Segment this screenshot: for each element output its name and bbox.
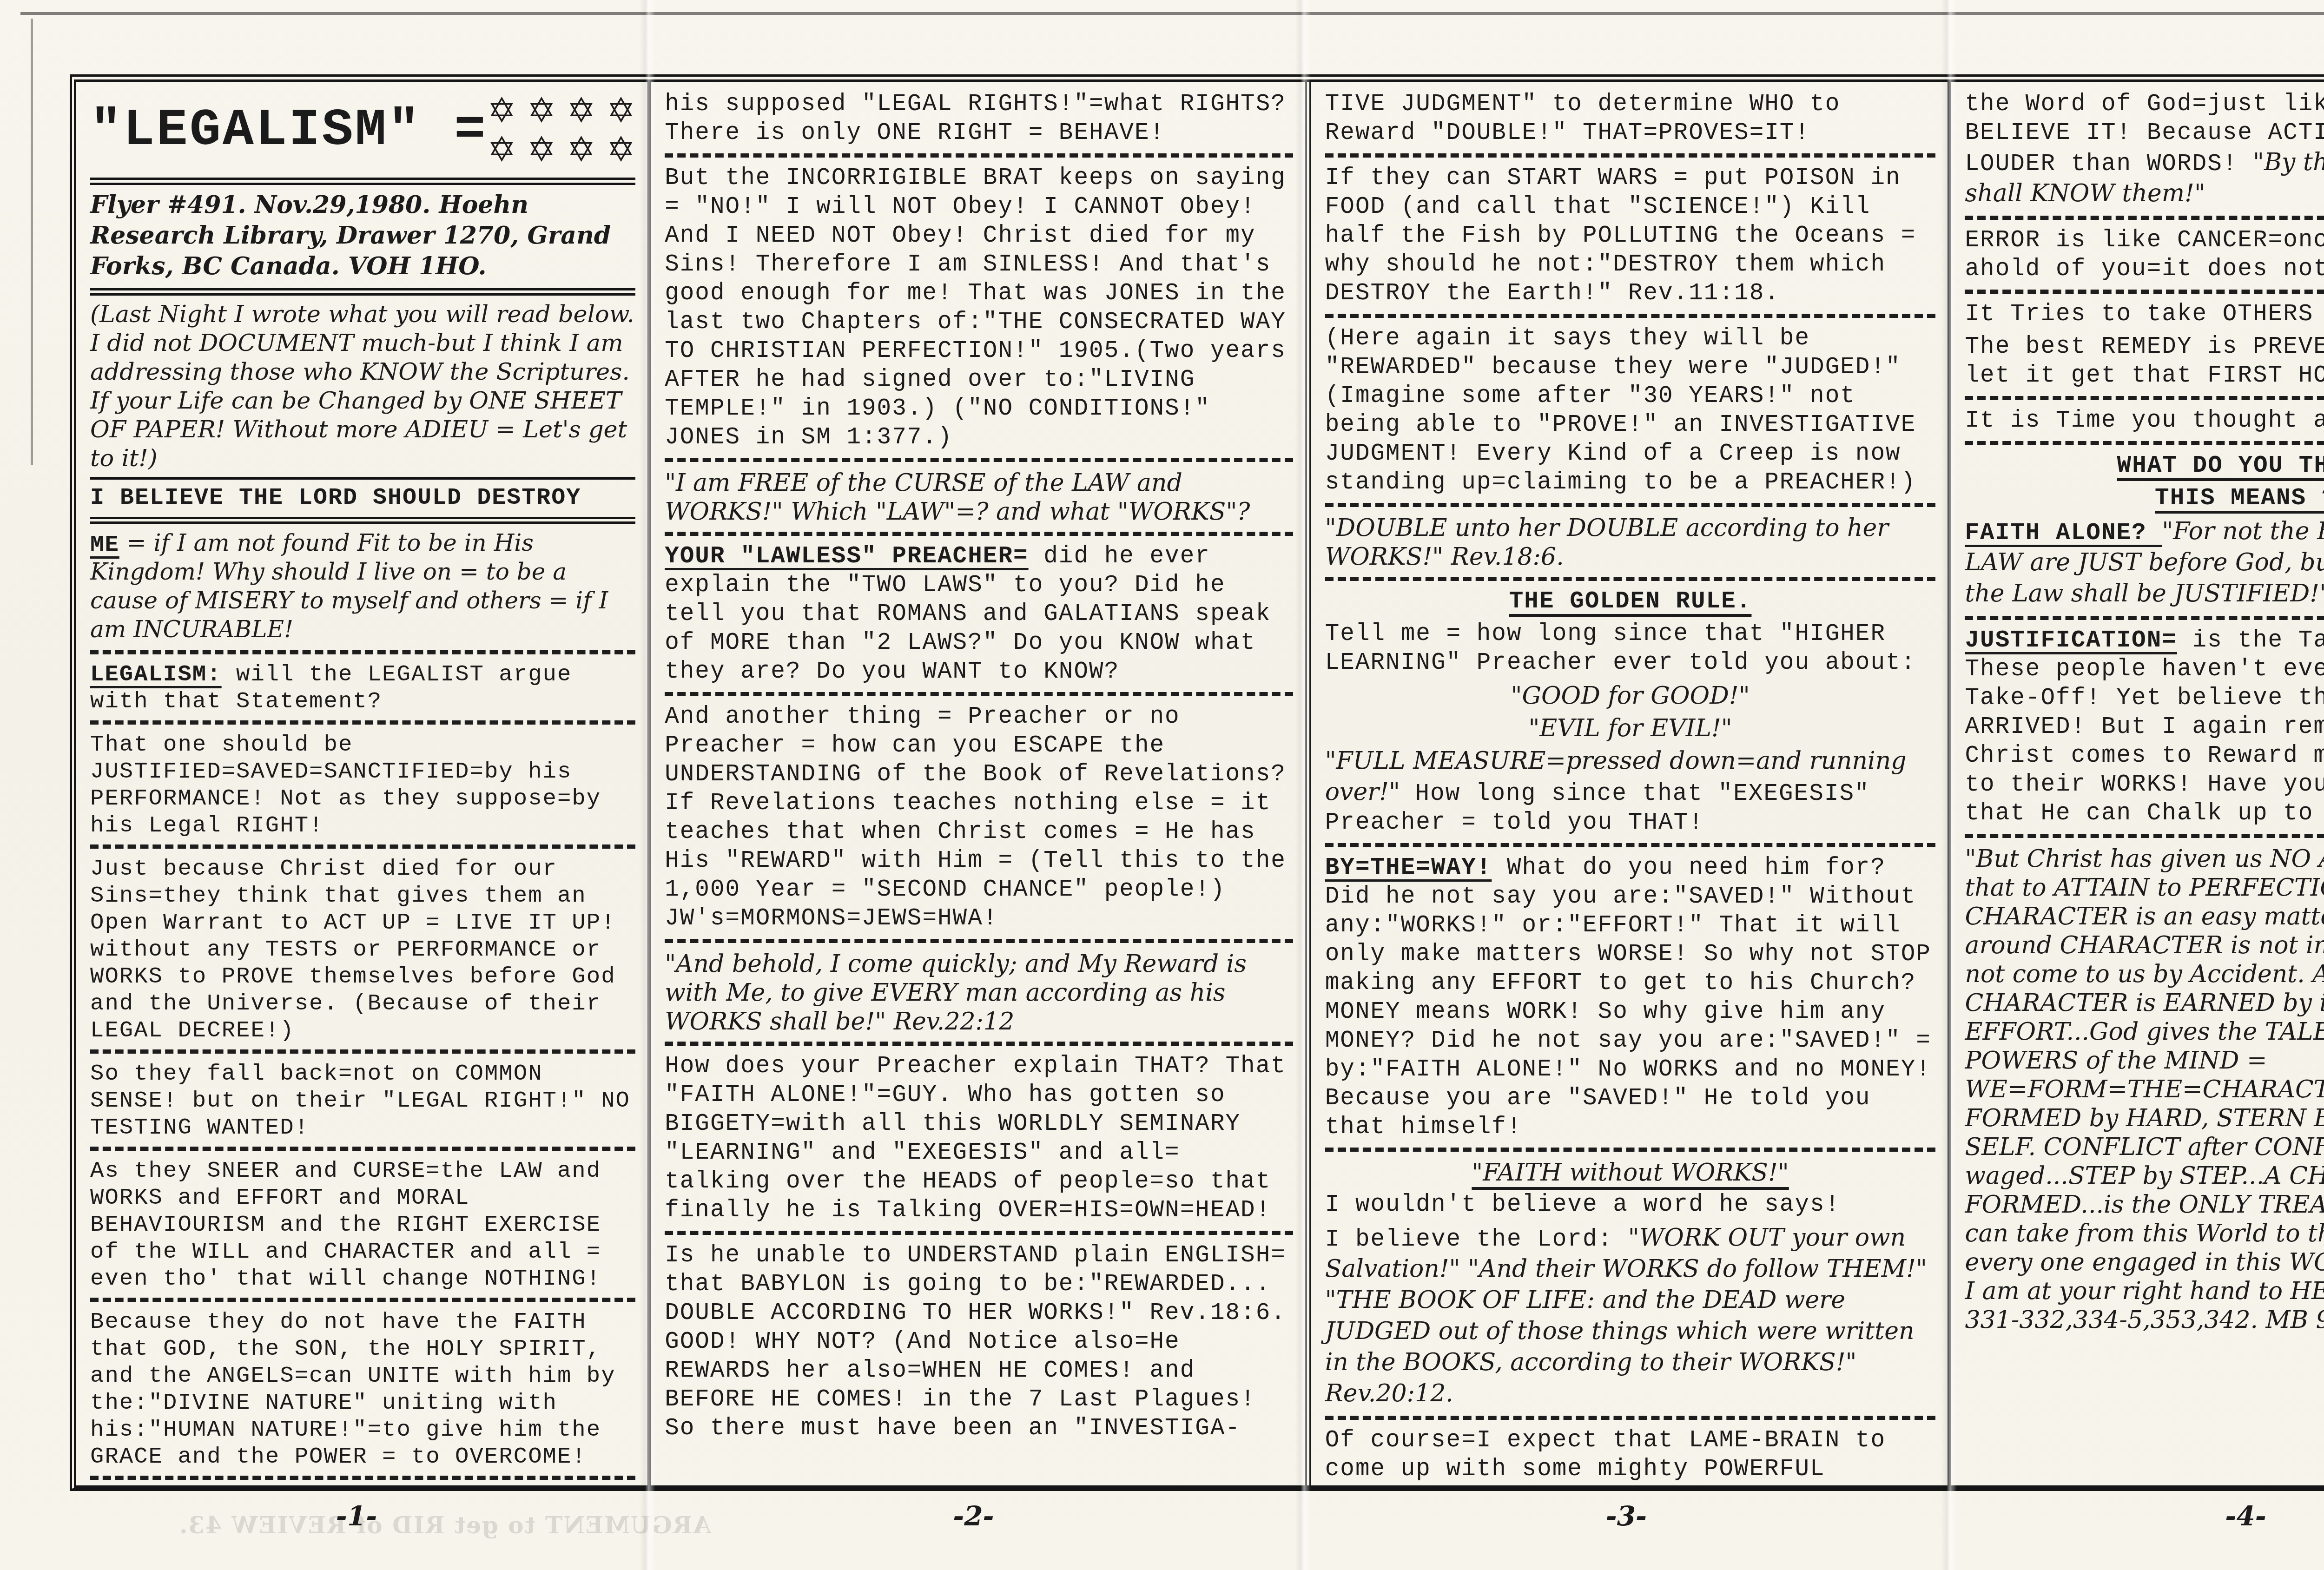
masthead-address: Flyer #491. Nov.29,1980. Hoehn Research … bbox=[90, 185, 635, 296]
paragraph: Is he unable to UNDERSTAND plain ENGLISH… bbox=[665, 1240, 1293, 1445]
paragraph: As they SNEER and CURSE=the LAW and WORK… bbox=[90, 1155, 635, 1294]
dashed-divider bbox=[1965, 616, 2324, 620]
column-1: "LEGALISM" = ✡ ✡ ✡ ✡ ✡ ✡ ✡ ✡ Flyer #491.… bbox=[76, 82, 647, 1485]
paragraph-lead: FAITH ALONE? bbox=[1965, 520, 2162, 547]
scripture-quote: "DOUBLE unto her DOUBLE according to her… bbox=[1325, 512, 1936, 573]
flyer-frame: "LEGALISM" = ✡ ✡ ✡ ✡ ✡ ✡ ✡ ✡ Flyer #491.… bbox=[70, 74, 2324, 1491]
page-number-4: -4- bbox=[1949, 1500, 2324, 1532]
quote-paragraph: "I am FREE of the CURSE of the LAW and W… bbox=[665, 467, 1293, 528]
dashed-divider bbox=[1965, 216, 2324, 220]
paragraph: So they fall back=not on COMMON SENSE! b… bbox=[90, 1058, 635, 1143]
paragraph: YOUR "LAWLESS" PREACHER= did he ever exp… bbox=[665, 541, 1293, 688]
masthead: "LEGALISM" = ✡ ✡ ✡ ✡ ✡ ✡ ✡ ✡ bbox=[90, 88, 635, 185]
paragraph: TIVE JUDGMENT" to determine WHO to Rewar… bbox=[1325, 88, 1936, 150]
column-3: TIVE JUDGMENT" to determine WHO to Rewar… bbox=[1305, 82, 1948, 1485]
paragraph: It Tries to take OTHERS with it! bbox=[1965, 298, 2324, 331]
paragraph: ME = if I am not found Fit to be in His … bbox=[90, 528, 635, 646]
dashed-divider bbox=[1965, 834, 2324, 838]
dashed-divider bbox=[1325, 577, 1936, 581]
dashed-divider bbox=[90, 1147, 635, 1151]
paragraph-lead: JUSTIFICATION= bbox=[1965, 627, 2177, 654]
paragraph: (Here again it says they will be "REWARD… bbox=[1325, 323, 1936, 499]
show-through-ghost-text: ARGUMENT to get RID of REVIEW 43. bbox=[116, 1511, 711, 1539]
dashed-divider bbox=[1325, 314, 1936, 318]
paragraph: And another thing = Preacher or no Preac… bbox=[665, 701, 1293, 935]
page-number-2: -2- bbox=[643, 1500, 1303, 1532]
paragraph: JUSTIFICATION= is the Take-off Point. Th… bbox=[1965, 625, 2324, 830]
dashed-divider bbox=[1965, 441, 2324, 445]
dashed-divider bbox=[1965, 290, 2324, 294]
column-2: his supposed "LEGAL RIGHTS!"=what RIGHTS… bbox=[647, 82, 1305, 1485]
quote-line: "GOOD for GOOD!" bbox=[1325, 679, 1936, 712]
this-means-heading: THIS MEANS ? bbox=[1965, 482, 2324, 515]
paragraph: If they can START WARS = put POISON in F… bbox=[1325, 162, 1936, 310]
faith-without-works-heading: "FAITH without WORKS!" bbox=[1325, 1156, 1936, 1189]
paragraph-text: What do you need him for? Did he not say… bbox=[1325, 855, 1931, 1141]
paragraph: BY=THE=WAY! What do you need him for? Di… bbox=[1325, 852, 1936, 1144]
paragraph: But the INCORRIGIBLE BRAT keeps on sayin… bbox=[665, 162, 1293, 454]
intro-note: (Last Night I wrote what you will read b… bbox=[90, 296, 635, 476]
scanned-flyer-page: "LEGALISM" = ✡ ✡ ✡ ✡ ✡ ✡ ✡ ✡ Flyer #491.… bbox=[0, 0, 2324, 1570]
paragraph: ERROR is like CANCER=once it gets ahold … bbox=[1965, 224, 2324, 286]
dashed-divider bbox=[665, 532, 1293, 536]
dashed-divider bbox=[1325, 1148, 1936, 1152]
dashed-divider bbox=[665, 1042, 1293, 1046]
paragraph-lead: BY=THE=WAY! bbox=[1325, 855, 1492, 881]
paragraph: I believe the Lord: "WORK OUT your own S… bbox=[1325, 1221, 1936, 1412]
dashed-divider bbox=[665, 1231, 1293, 1235]
paragraph: LEGALISM: will the LEGALIST argue with t… bbox=[90, 659, 635, 717]
paragraph: FAITH ALONE? "For not the HEARERS of the… bbox=[1965, 515, 2324, 612]
scan-edge-line bbox=[20, 12, 2324, 15]
dashed-divider bbox=[1325, 153, 1936, 158]
paragraph-text: is the Take-off Point. These people have… bbox=[1965, 627, 2324, 827]
column-4: the Word of God=just like HE DOES NOT BE… bbox=[1948, 82, 2324, 1485]
dashed-divider bbox=[665, 939, 1293, 943]
scripture-quote: "And behold, I come quickly; and My Rewa… bbox=[665, 948, 1293, 1038]
paragraph: Because they do not have the FAITH that … bbox=[90, 1306, 635, 1472]
paragraph: the Word of God=just like HE DOES NOT BE… bbox=[1965, 88, 2324, 212]
paragraph: Of course=I expect that LAME-BRAIN to co… bbox=[1325, 1425, 1936, 1485]
dashed-divider bbox=[1965, 396, 2324, 400]
paragraph: Just because Christ died for our Sins=th… bbox=[90, 853, 635, 1046]
dashed-divider bbox=[1325, 1416, 1936, 1420]
dashed-divider bbox=[90, 1476, 635, 1480]
paragraph: That one should be JUSTIFIED=SAVED=SANCT… bbox=[90, 729, 635, 841]
quote-line: "EVIL for EVIL!" bbox=[1325, 712, 1936, 745]
what-do-you-think-heading: WHAT DO YOU THINK bbox=[1965, 450, 2324, 482]
page-number-3: -3- bbox=[1304, 1500, 1949, 1532]
dashed-divider bbox=[90, 844, 635, 849]
dashed-divider bbox=[90, 1049, 635, 1054]
paragraph-lead: I believe the Lord: bbox=[1325, 1227, 1628, 1253]
paragraph: I wouldn't believe a word he says! bbox=[1325, 1189, 1936, 1221]
paragraph: Tell me = how long since that "HIGHER LE… bbox=[1325, 618, 1936, 679]
dashed-divider bbox=[665, 692, 1293, 696]
section-heading: I BELIEVE THE LORD SHOULD DESTROY bbox=[90, 477, 635, 524]
paragraph: How does your Preacher explain THAT? Tha… bbox=[665, 1050, 1293, 1227]
flyer-title: "LEGALISM" = bbox=[90, 101, 488, 160]
dashed-divider bbox=[665, 458, 1293, 462]
paragraph-lead: ME bbox=[90, 532, 119, 558]
dashed-divider bbox=[90, 720, 635, 725]
paragraph-text: How long since that "EXEGESIS" Preacher … bbox=[1325, 781, 1870, 836]
dashed-divider bbox=[90, 650, 635, 654]
paragraph: No. He slumps down=and Appeals to bbox=[90, 1484, 635, 1485]
paragraph-lead: LEGALISM: bbox=[90, 661, 222, 687]
dashed-divider bbox=[1325, 843, 1936, 847]
paragraph-text: = if I am not found Fit to be in His Kin… bbox=[90, 529, 608, 643]
dashed-divider bbox=[90, 1298, 635, 1302]
star-of-david-icons: ✡ ✡ ✡ ✡ ✡ ✡ ✡ ✡ bbox=[488, 91, 636, 169]
paragraph: his supposed "LEGAL RIGHTS!"=what RIGHTS… bbox=[665, 88, 1293, 150]
paragraph-lead: YOUR "LAWLESS" PREACHER= bbox=[665, 543, 1029, 570]
golden-rule-heading: THE GOLDEN RULE. bbox=[1325, 586, 1936, 618]
paragraph: The best REMEDY is PREVENTION! Do not le… bbox=[1965, 331, 2324, 392]
dashed-divider bbox=[665, 153, 1293, 158]
paragraph: It is Time you thought about that bbox=[1965, 405, 2324, 437]
long-quote: "But Christ has given us NO ASSURANCE th… bbox=[1965, 843, 2324, 1336]
scan-edge-line-left bbox=[31, 19, 33, 465]
dashed-divider bbox=[1325, 503, 1936, 507]
paragraph: "FULL MEASURE=pressed down=and running o… bbox=[1325, 745, 1936, 839]
